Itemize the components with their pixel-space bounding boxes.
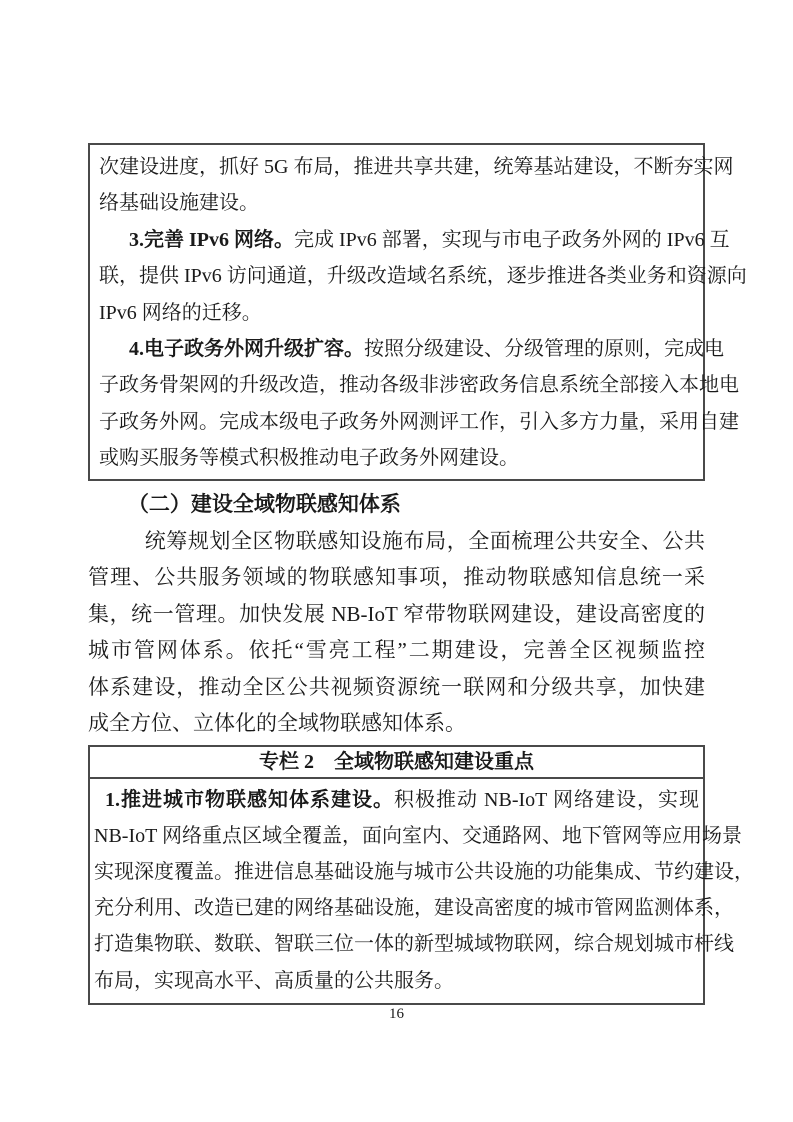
text-line: 子政务骨架网的升级改造，推动各级非涉密政务信息系统全部接入本地电: [99, 367, 694, 403]
text-line: 4.电子政务外网升级扩容。按照分级建设、分级管理的原则，完成电: [99, 331, 694, 367]
text-segment: 城市管网体系。依托“雪亮工程”二期建设，完善全区视频监控: [88, 638, 705, 662]
callout-box-2: 专栏 2 全域物联感知建设重点 1.推进城市物联感知体系建设。积极推动 NB-I…: [88, 745, 705, 1005]
text-segment: 集，统一管理。加快发展 NB-IoT 窄带物联网建设，建设高密度的: [88, 602, 705, 626]
text-line: 充分利用、改造已建的网络基础设施，建设高密度的城市管网监测体系，: [94, 890, 699, 926]
text-segment: 打造集物联、数联、智联三位一体的新型城域物联网，综合规划城市杆线: [94, 933, 734, 955]
text-line: 城市管网体系。依托“雪亮工程”二期建设，完善全区视频监控: [88, 632, 705, 669]
text-line: 或购买服务等模式积极推动电子政务外网建设。: [99, 440, 694, 476]
text-segment: 或购买服务等模式积极推动电子政务外网建设。: [99, 447, 519, 469]
text-segment: 子政务外网。完成本级电子政务外网测评工作，引入多方力量，采用自建: [99, 411, 739, 433]
callout-box-title: 专栏 2 全域物联感知建设重点: [90, 747, 703, 779]
callout-box-body: 1.推进城市物联感知体系建设。积极推动 NB-IoT 网络建设，实现 NB-Io…: [90, 779, 703, 1003]
text-line: 管理、公共服务领域的物联感知事项，推动物联感知信息统一采: [88, 559, 705, 596]
text-line: 次建设进度，抓好 5G 布局，推进共享共建，统筹基站建设，不断夯实网: [99, 149, 694, 185]
text-segment: 次建设进度，抓好 5G 布局，推进共享共建，统筹基站建设，不断夯实网: [99, 156, 733, 178]
text-segment: 实现深度覆盖。推进信息基础设施与城市公共设施的功能集成、节约建设，: [94, 861, 754, 883]
text-line: 1.推进城市物联感知体系建设。积极推动 NB-IoT 网络建设，实现: [94, 782, 699, 818]
text-segment: NB-IoT 网络重点区域全覆盖，面向室内、交通路网、地下管网等应用场景: [94, 825, 742, 847]
paragraph-lead-bold: 1.推进城市物联感知体系建设。: [105, 789, 394, 811]
text-line: 打造集物联、数联、智联三位一体的新型城域物联网，综合规划城市杆线: [94, 926, 699, 962]
text-line: NB-IoT 网络重点区域全覆盖，面向室内、交通路网、地下管网等应用场景: [94, 818, 699, 854]
text-line: 实现深度覆盖。推进信息基础设施与城市公共设施的功能集成、节约建设，: [94, 854, 699, 890]
text-segment: IPv6 网络的迁移。: [99, 302, 262, 324]
callout-box-continued: 次建设进度，抓好 5G 布局，推进共享共建，统筹基站建设，不断夯实网 络基础设施…: [88, 143, 705, 481]
document-page: 次建设进度，抓好 5G 布局，推进共享共建，统筹基站建设，不断夯实网 络基础设施…: [0, 0, 793, 1122]
text-line: 布局，实现高水平、高质量的公共服务。: [94, 963, 699, 999]
page-number: 16: [0, 1006, 793, 1023]
text-segment: 体系建设，推动全区公共视频资源统一联网和分级共享，加快建: [88, 675, 705, 699]
text-segment: 完成 IPv6 部署，实现与市电子政务外网的 IPv6 互: [294, 229, 730, 251]
text-segment: 统筹规划全区物联感知设施布局，全面梳理公共安全、公共: [145, 529, 705, 553]
paragraph-lead-bold: 3.完善 IPv6 网络。: [129, 229, 294, 251]
text-line: 联，提供 IPv6 访问通道，升级改造域名系统，逐步推进各类业务和资源向: [99, 258, 694, 294]
text-line: IPv6 网络的迁移。: [99, 295, 694, 331]
section-heading: （二）建设全域物联感知体系: [88, 489, 705, 519]
text-line: 3.完善 IPv6 网络。完成 IPv6 部署，实现与市电子政务外网的 IPv6…: [99, 222, 694, 258]
paragraph-lead-bold: 4.电子政务外网升级扩容。: [129, 338, 364, 360]
text-segment: 布局，实现高水平、高质量的公共服务。: [94, 970, 454, 992]
body-paragraph: 统筹规划全区物联感知设施布局，全面梳理公共安全、公共 管理、公共服务领域的物联感…: [88, 523, 705, 742]
page-content: 次建设进度，抓好 5G 布局，推进共享共建，统筹基站建设，不断夯实网 络基础设施…: [88, 143, 705, 1005]
text-segment: 子政务骨架网的升级改造，推动各级非涉密政务信息系统全部接入本地电: [99, 374, 739, 396]
text-segment: 络基础设施建设。: [99, 192, 259, 214]
text-line: 子政务外网。完成本级电子政务外网测评工作，引入多方力量，采用自建: [99, 404, 694, 440]
text-segment: 充分利用、改造已建的网络基础设施，建设高密度的城市管网监测体系，: [94, 897, 734, 919]
text-segment: 联，提供 IPv6 访问通道，升级改造域名系统，逐步推进各类业务和资源向: [99, 265, 747, 287]
text-segment: 积极推动 NB-IoT 网络建设，实现: [394, 789, 699, 811]
text-segment: 按照分级建设、分级管理的原则，完成电: [364, 338, 724, 360]
text-line: 集，统一管理。加快发展 NB-IoT 窄带物联网建设，建设高密度的: [88, 596, 705, 633]
text-line: 成全方位、立体化的全域物联感知体系。: [88, 705, 705, 742]
text-segment: 管理、公共服务领域的物联感知事项，推动物联感知信息统一采: [88, 565, 705, 589]
text-segment: 成全方位、立体化的全域物联感知体系。: [88, 711, 466, 735]
text-line: 统筹规划全区物联感知设施布局，全面梳理公共安全、公共: [88, 523, 705, 560]
text-line: 络基础设施建设。: [99, 185, 694, 221]
text-line: 体系建设，推动全区公共视频资源统一联网和分级共享，加快建: [88, 669, 705, 706]
